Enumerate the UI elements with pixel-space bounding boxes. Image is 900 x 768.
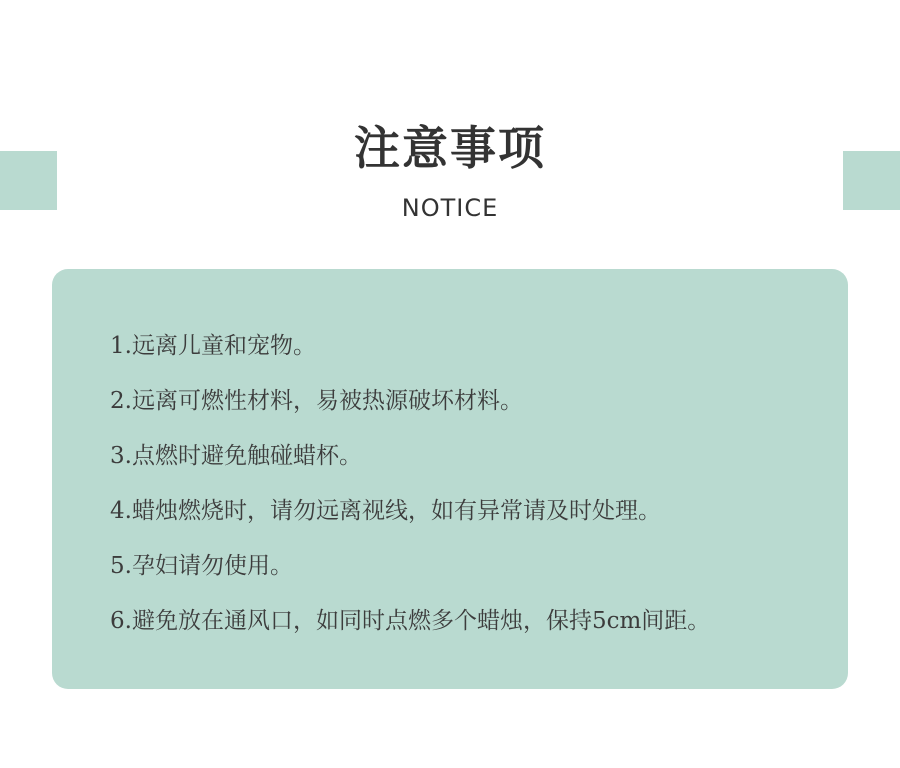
notice-item-5: 5.孕妇请勿使用。 <box>110 539 710 594</box>
notice-item-6: 6.避免放在通风口，如同时点燃多个蜡烛，保持5cm间距。 <box>110 594 710 649</box>
notice-item-2: 2.远离可燃性材料，易被热源破坏材料。 <box>110 374 710 429</box>
notice-item-4: 4.蜡烛燃烧时，请勿远离视线，如有异常请及时处理。 <box>110 484 710 539</box>
page-title: 注意事项 <box>0 118 900 178</box>
notice-item-1: 1.远离儿童和宠物。 <box>110 319 710 374</box>
notice-list: 1.远离儿童和宠物。 2.远离可燃性材料，易被热源破坏材料。 3.点燃时避免触碰… <box>110 319 710 649</box>
page-subtitle: NOTICE <box>0 193 900 223</box>
notice-item-3: 3.点燃时避免触碰蜡杯。 <box>110 429 710 484</box>
notice-card: 1.远离儿童和宠物。 2.远离可燃性材料，易被热源破坏材料。 3.点燃时避免触碰… <box>52 269 848 689</box>
